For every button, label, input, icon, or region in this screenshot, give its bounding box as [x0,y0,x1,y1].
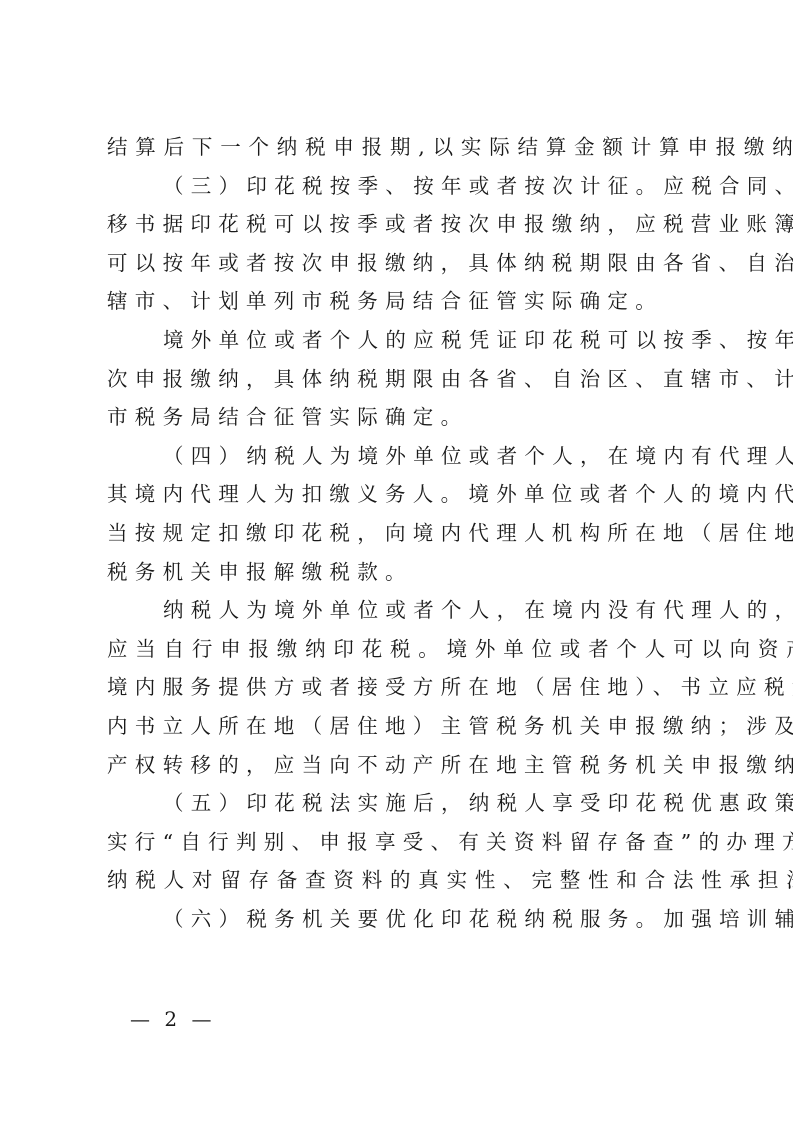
text-line: 税务机关申报解缴税款。 [107,553,697,592]
text-line: （六）税务机关要优化印花税纳税服务。加强培训辅导，重 [107,900,697,939]
text-line: 结算后下一个纳税申报期,以实际结算金额计算申报缴纳印花税。 [107,128,697,167]
paragraph-foreign-units: 境外单位或者个人的应税凭证印花税可以按季、按年或者按 次申报缴纳，具体纳税期限由… [107,321,697,437]
text-line: 纳税人为境外单位或者个人，在境内没有代理人的，纳税人 [107,591,697,630]
text-line: 产权转移的，应当向不动产所在地主管税务机关申报缴纳。 [107,746,697,785]
text-line: 市税务局结合征管实际确定。 [107,398,697,437]
page-number: — 2 — [130,1007,215,1031]
text-line: 内书立人所在地（居住地）主管税务机关申报缴纳；涉及不动产 [107,707,697,746]
text-line: 境外单位或者个人的应税凭证印花税可以按季、按年或者按 [107,321,697,360]
text-line: 应当自行申报缴纳印花税。境外单位或者个人可以向资产交付地、 [107,630,697,669]
paragraph: 结算后下一个纳税申报期,以实际结算金额计算申报缴纳印花税。 [107,128,697,167]
text-line: 辖市、计划单列市税务局结合征管实际确定。 [107,282,697,321]
paragraph-item-4: （四）纳税人为境外单位或者个人，在境内有代理人的，以 其境内代理人为扣缴义务人。… [107,437,697,591]
text-line: 实行“自行判别、申报享受、有关资料留存备查”的办理方式。 [107,823,697,862]
text-line: 次申报缴纳，具体纳税期限由各省、自治区、直辖市、计划单列 [107,360,697,399]
text-line: （四）纳税人为境外单位或者个人，在境内有代理人的，以 [107,437,697,476]
paragraph-item-3: （三）印花税按季、按年或者按次计征。应税合同、产权转 移书据印花税可以按季或者按… [107,167,697,321]
text-line: 其境内代理人为扣缴义务人。境外单位或者个人的境内代理人应 [107,475,697,514]
paragraph-item-6: （六）税务机关要优化印花税纳税服务。加强培训辅导，重 [107,900,697,939]
paragraph-item-5: （五）印花税法实施后，纳税人享受印花税优惠政策，继续 实行“自行判别、申报享受、… [107,784,697,900]
document-page: 结算后下一个纳税申报期,以实际结算金额计算申报缴纳印花税。 （三）印花税按季、按… [107,128,697,938]
paragraph-no-agent: 纳税人为境外单位或者个人，在境内没有代理人的，纳税人 应当自行申报缴纳印花税。境… [107,591,697,784]
text-line: 可以按年或者按次申报缴纳，具体纳税期限由各省、自治区、直 [107,244,697,283]
text-line: 移书据印花税可以按季或者按次申报缴纳，应税营业账簿印花税 [107,205,697,244]
text-line: 纳税人对留存备查资料的真实性、完整性和合法性承担法律责任。 [107,861,697,900]
text-line: 当按规定扣缴印花税，向境内代理人机构所在地（居住地）主管 [107,514,697,553]
text-line: （三）印花税按季、按年或者按次计征。应税合同、产权转 [107,167,697,206]
text-line: 境内服务提供方或者接受方所在地（居住地）、书立应税凭证境 [107,668,697,707]
text-line: （五）印花税法实施后，纳税人享受印花税优惠政策，继续 [107,784,697,823]
